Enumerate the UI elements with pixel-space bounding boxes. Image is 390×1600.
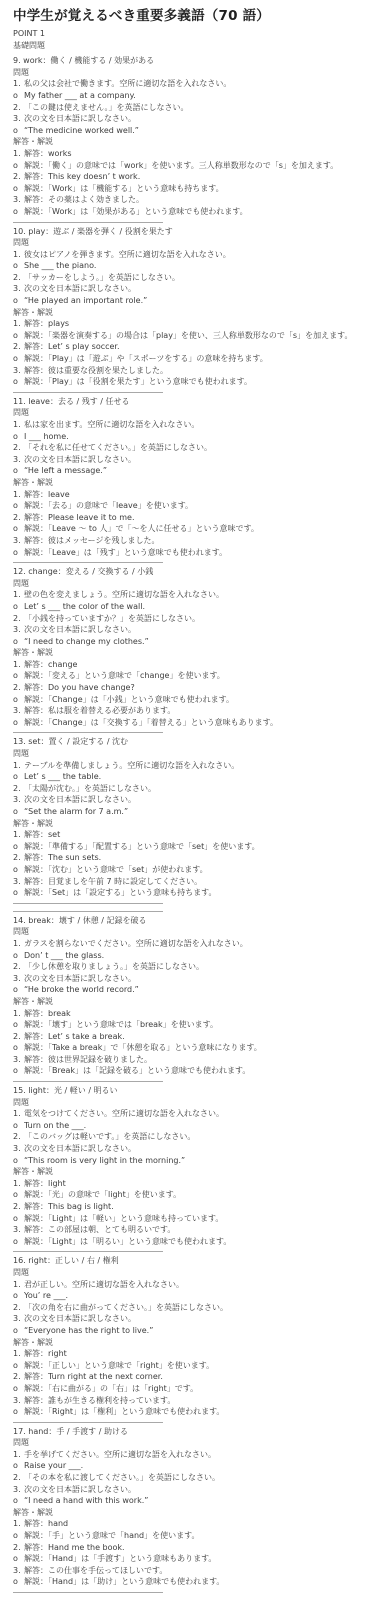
line-text: 解説：「Light」は「軽い」という意味も持っています。 — [24, 1213, 378, 1225]
level-label: 基礎問題 — [13, 40, 378, 52]
problem-line: 2.「少し休憩を取りましょう。」を英語にしなさい。 — [13, 961, 378, 973]
answer-line: 3.解答：その薬はよく効きました。 — [13, 194, 378, 206]
list-marker: o — [13, 1460, 24, 1472]
answer-line: 2.解答：Hand me the book. — [13, 1542, 378, 1554]
answer-line: o解説：「変える」という意味で「change」を使います。 — [13, 670, 378, 682]
line-text: 解答：彼は重要な役割を果たしました。 — [24, 365, 378, 377]
line-text: テーブルを準備しましょう。空所に適切な語を入れなさい。 — [24, 760, 378, 772]
list-marker: o — [13, 1065, 24, 1077]
line-text: My father ___ at a company. — [24, 90, 378, 102]
list-marker: o — [13, 431, 24, 443]
list-marker: o — [13, 1155, 24, 1167]
list-marker: o — [13, 1120, 24, 1132]
list-marker: o — [13, 260, 24, 272]
list-marker: 1. — [13, 1108, 24, 1120]
list-marker: o — [13, 183, 24, 195]
problem-line: 3.次の文を日本語に訳しなさい。 — [13, 624, 378, 636]
answer-line: 1.解答：right — [13, 1348, 378, 1360]
list-marker: o — [13, 90, 24, 102]
answer-line: 1.解答：works — [13, 148, 378, 160]
list-marker: 3. — [13, 454, 24, 466]
problem-line: o“I need a hand with this work.” — [13, 1495, 378, 1507]
line-text: 解説：「去る」の意味で「leave」を使います。 — [24, 500, 378, 512]
problems-label: 問題 — [13, 1437, 378, 1449]
line-text: 解説：「Work」は「機能する」という意味も持ちます。 — [24, 183, 378, 195]
line-text: 解説：「Hand」は「助け」という意味でも使われます。 — [24, 1576, 378, 1588]
line-text: ガラスを割らないでください。空所に適切な語を入れなさい。 — [24, 938, 378, 950]
section-divider — [13, 911, 163, 912]
answer-line: o解説：「手」という意味で「hand」を使います。 — [13, 1530, 378, 1542]
answer-line: o解説：「準備する」「配置する」という意味で「set」を使います。 — [13, 841, 378, 853]
list-marker: 3. — [13, 365, 24, 377]
section-divider — [13, 222, 163, 223]
word-section: 9. work：働く / 機能する / 効果がある問題1.私の父は会社で働きます… — [13, 55, 378, 222]
line-text: 解説：「楽器を演奏する」の場合は「play」を使い、三人称単数形なので「s」を加… — [24, 330, 378, 342]
answer-line: 3.解答：この仕事を手伝ってほしいです。 — [13, 1565, 378, 1577]
line-text: 解説：「Right」は「権利」という意味でも使われます。 — [24, 1406, 378, 1418]
list-marker: o — [13, 601, 24, 613]
answers-label: 解答・解説 — [13, 136, 378, 148]
answer-line: 2.解答：Let’ s play soccer. — [13, 341, 378, 353]
list-marker: 3. — [13, 705, 24, 717]
line-text: Raise your ___. — [24, 1460, 378, 1472]
answer-line: o解説：「Leave ～ to 人」で「～を人に任せる」という意味です。 — [13, 523, 378, 535]
list-marker: o — [13, 806, 24, 818]
line-text: 解答：この部屋は朝、とても明るいです。 — [24, 1224, 378, 1236]
answer-line: o解説：「働く」の意味では「work」を使います。三人称単数形なので「s」を加え… — [13, 160, 378, 172]
page-title: 中学生が覚えるべき重要多義語（70 語） — [13, 8, 378, 24]
answer-line: 3.解答：彼は重要な役割を果たしました。 — [13, 365, 378, 377]
list-marker: 2. — [13, 1371, 24, 1383]
line-text: 解説：「Light」は「明るい」という意味でも使われます。 — [24, 1236, 378, 1248]
answer-line: o解説：「Take a break」で「休憩を取る」という意味になります。 — [13, 1042, 378, 1054]
line-text: 解説：「Play」は「役割を果たす」という意味でも使われます。 — [24, 376, 378, 388]
line-text: “He broke the world record.” — [24, 984, 378, 996]
list-marker: 1. — [13, 489, 24, 501]
line-text: 解答：works — [24, 148, 378, 160]
line-text: 「サッカーをしよう。」を英語にしなさい。 — [24, 272, 378, 284]
list-marker: o — [13, 950, 24, 962]
line-text: Don’ t ___ the glass. — [24, 950, 378, 962]
list-marker: 3. — [13, 1395, 24, 1407]
line-text: “I need to change my clothes.” — [24, 636, 378, 648]
answer-line: o解説：「Play」は「遊ぶ」や「スポーツをする」の意味を持ちます。 — [13, 353, 378, 365]
section-heading: 15. light：光 / 軽い / 明るい — [13, 1085, 378, 1097]
line-text: 解答：set — [24, 829, 378, 841]
list-marker: 1. — [13, 1178, 24, 1190]
answer-line: 1.解答：set — [13, 829, 378, 841]
line-text: 壁の色を変えましょう。空所に適切な語を入れなさい。 — [24, 589, 378, 601]
line-text: 解答：hand — [24, 1518, 378, 1530]
answer-line: 1.解答：plays — [13, 318, 378, 330]
list-marker: o — [13, 523, 24, 535]
problems-label: 問題 — [13, 407, 378, 419]
list-marker: 1. — [13, 318, 24, 330]
list-marker: o — [13, 547, 24, 559]
problem-line: 1.君が正しい。空所に適切な語を入れなさい。 — [13, 1279, 378, 1291]
answer-line: o解説：「Change」は「小銭」という意味でも使われます。 — [13, 694, 378, 706]
answers-label: 解答・解説 — [13, 1166, 378, 1178]
list-marker: 1. — [13, 1279, 24, 1291]
answer-line: o解説：「Work」は「効果がある」という意味でも使われます。 — [13, 206, 378, 218]
list-marker: 1. — [13, 760, 24, 772]
problem-line: 2.「サッカーをしよう。」を英語にしなさい。 — [13, 272, 378, 284]
list-marker: 3. — [13, 1054, 24, 1066]
line-text: 電気をつけてください。空所に適切な語を入れなさい。 — [24, 1108, 378, 1120]
problem-line: o“He played an important role.” — [13, 295, 378, 307]
list-marker: 2. — [13, 512, 24, 524]
line-text: 解説：「Play」は「遊ぶ」や「スポーツをする」の意味を持ちます。 — [24, 353, 378, 365]
answer-line: 1.解答：leave — [13, 489, 378, 501]
line-text: 解答：Please leave it to me. — [24, 512, 378, 524]
list-marker: 1. — [13, 829, 24, 841]
problem-line: 2.「この鍵は使えません。」を英語にしなさい。 — [13, 102, 378, 114]
list-marker: 3. — [13, 1565, 24, 1577]
word-section: 14. break：壊す / 休憩 / 記録を破る問題1.ガラスを割らないでくだ… — [13, 915, 378, 1082]
line-text: 「少し休憩を取りましょう。」を英語にしなさい。 — [24, 961, 378, 973]
line-text: 解説：「右に曲がる」の「右」は「right」です。 — [24, 1383, 378, 1395]
line-text: 次の文を日本語に訳しなさい。 — [24, 973, 378, 985]
list-marker: 2. — [13, 171, 24, 183]
problem-line: 3.次の文を日本語に訳しなさい。 — [13, 794, 378, 806]
line-text: 私の父は会社で働きます。空所に適切な語を入れなさい。 — [24, 78, 378, 90]
line-text: 解答：彼はメッセージを残しました。 — [24, 535, 378, 547]
line-text: “I need a hand with this work.” — [24, 1495, 378, 1507]
line-text: “He played an important role.” — [24, 295, 378, 307]
answers-label: 解答・解説 — [13, 818, 378, 830]
line-text: 次の文を日本語に訳しなさい。 — [24, 454, 378, 466]
point-label: POINT 1 — [13, 28, 378, 40]
problems-label: 問題 — [13, 1267, 378, 1279]
line-text: 解答：Turn right at the next corner. — [24, 1371, 378, 1383]
answer-line: o解説：「正しい」という意味で「right」を使います。 — [13, 1360, 378, 1372]
list-marker: 2. — [13, 961, 24, 973]
line-text: You’ re ___. — [24, 1290, 378, 1302]
list-marker: 2. — [13, 1302, 24, 1314]
section-heading: 9. work：働く / 機能する / 効果がある — [13, 55, 378, 67]
problem-line: 3.次の文を日本語に訳しなさい。 — [13, 1143, 378, 1155]
section-heading: 16. right：正しい / 右 / 権利 — [13, 1255, 378, 1267]
problem-line: 1.私の父は会社で働きます。空所に適切な語を入れなさい。 — [13, 78, 378, 90]
list-marker: o — [13, 694, 24, 706]
section-heading: 14. break：壊す / 休憩 / 記録を破る — [13, 915, 378, 927]
answer-line: o解説：「Hand」は「手渡す」という意味もあります。 — [13, 1553, 378, 1565]
answer-line: o解説：「Break」は「記録を破る」という意味でも使われます。 — [13, 1065, 378, 1077]
list-marker: 1. — [13, 1008, 24, 1020]
line-text: 解答：change — [24, 659, 378, 671]
list-marker: o — [13, 771, 24, 783]
line-text: 解説：「Hand」は「手渡す」という意味もあります。 — [24, 1553, 378, 1565]
line-text: 次の文を日本語に訳しなさい。 — [24, 1313, 378, 1325]
answer-line: o解説：「Play」は「役割を果たす」という意味でも使われます。 — [13, 376, 378, 388]
list-marker: o — [13, 841, 24, 853]
answer-line: 1.解答：hand — [13, 1518, 378, 1530]
line-text: 「このバッグは軽いです。」を英語にしなさい。 — [24, 1131, 378, 1143]
list-marker: 3. — [13, 1224, 24, 1236]
list-marker: o — [13, 717, 24, 729]
line-text: Turn on the ___. — [24, 1120, 378, 1132]
problem-line: oMy father ___ at a company. — [13, 90, 378, 102]
problem-line: 1.彼女はピアノを弾きます。空所に適切な語を入れなさい。 — [13, 249, 378, 261]
list-marker: 1. — [13, 419, 24, 431]
list-marker: 3. — [13, 973, 24, 985]
line-text: 解答：彼は世界記録を破りました。 — [24, 1054, 378, 1066]
answer-line: 1.解答：break — [13, 1008, 378, 1020]
list-marker: o — [13, 1383, 24, 1395]
list-marker: o — [13, 1019, 24, 1031]
list-marker: 1. — [13, 938, 24, 950]
line-text: 解説：「働く」の意味では「work」を使います。三人称単数形なので「s」を加えま… — [24, 160, 378, 172]
problem-line: oYou’ re ___. — [13, 1290, 378, 1302]
answer-line: o解説：「去る」の意味で「leave」を使います。 — [13, 500, 378, 512]
line-text: 解説：「準備する」「配置する」という意味で「set」を使います。 — [24, 841, 378, 853]
list-marker: 3. — [13, 283, 24, 295]
list-marker: 2. — [13, 102, 24, 114]
problems-label: 問題 — [13, 578, 378, 590]
line-text: 解説：「Change」は「小銭」という意味でも使われます。 — [24, 694, 378, 706]
answers-label: 解答・解説 — [13, 1507, 378, 1519]
line-text: 解答：Do you have change? — [24, 682, 378, 694]
list-marker: 2. — [13, 1542, 24, 1554]
word-section: 13. set：置く / 設定する / 沈む問題1.テーブルを準備しましょう。空… — [13, 736, 378, 911]
answers-label: 解答・解説 — [13, 996, 378, 1008]
problem-line: o“The medicine worked well.” — [13, 125, 378, 137]
line-text: 解説：「光」の意味で「light」を使います。 — [24, 1189, 378, 1201]
section-divider — [13, 1592, 163, 1593]
list-marker: 1. — [13, 1518, 24, 1530]
line-text: I ___ home. — [24, 431, 378, 443]
answer-line: 3.解答：私は服を着替える必要があります。 — [13, 705, 378, 717]
line-text: 彼女はピアノを弾きます。空所に適切な語を入れなさい。 — [24, 249, 378, 261]
list-marker: 2. — [13, 1131, 24, 1143]
problem-line: 1.電気をつけてください。空所に適切な語を入れなさい。 — [13, 1108, 378, 1120]
answer-line: o解説：「Change」は「交換する」「着替える」という意味もあります。 — [13, 717, 378, 729]
list-marker: 3. — [13, 624, 24, 636]
line-text: 次の文を日本語に訳しなさい。 — [24, 794, 378, 806]
list-marker: o — [13, 1360, 24, 1372]
line-text: 手を挙げてください。空所に適切な語を入れなさい。 — [24, 1449, 378, 1461]
list-marker: o — [13, 1290, 24, 1302]
answer-line: 2.解答：Do you have change? — [13, 682, 378, 694]
section-divider — [13, 392, 163, 393]
problem-line: 1.テーブルを準備しましょう。空所に適切な語を入れなさい。 — [13, 760, 378, 772]
list-marker: 3. — [13, 794, 24, 806]
list-marker: o — [13, 1553, 24, 1565]
line-text: 次の文を日本語に訳しなさい。 — [24, 283, 378, 295]
list-marker: o — [13, 500, 24, 512]
line-text: “Set the alarm for 7 a.m.” — [24, 806, 378, 818]
line-text: 解説：「Leave」は「残す」という意味でも使われます。 — [24, 547, 378, 559]
answer-line: 3.解答：目覚ましを午前 7 時に設定してください。 — [13, 876, 378, 888]
problem-line: oRaise your ___. — [13, 1460, 378, 1472]
problem-line: o“This room is very light in the morning… — [13, 1155, 378, 1167]
problem-line: oLet’ s ___ the color of the wall. — [13, 601, 378, 613]
list-marker: o — [13, 125, 24, 137]
line-text: 次の文を日本語に訳しなさい。 — [24, 113, 378, 125]
line-text: She ___ the piano. — [24, 260, 378, 272]
line-text: 次の文を日本語に訳しなさい。 — [24, 624, 378, 636]
line-text: “This room is very light in the morning.… — [24, 1155, 378, 1167]
list-marker: o — [13, 1576, 24, 1588]
line-text: 解説：「Take a break」で「休憩を取る」という意味になります。 — [24, 1042, 378, 1054]
answer-line: 2.解答：Please leave it to me. — [13, 512, 378, 524]
problem-line: 3.次の文を日本語に訳しなさい。 — [13, 1313, 378, 1325]
line-text: 解答：目覚ましを午前 7 時に設定してください。 — [24, 876, 378, 888]
list-marker: o — [13, 1236, 24, 1248]
section-divider — [13, 1251, 163, 1252]
word-section: 10. play：遊ぶ / 楽器を弾く / 役割を果たす問題1.彼女はピアノを弾… — [13, 226, 378, 393]
line-text: 次の文を日本語に訳しなさい。 — [24, 1484, 378, 1496]
list-marker: o — [13, 1189, 24, 1201]
section-heading: 11. leave：去る / 残す / 任せる — [13, 396, 378, 408]
problem-line: 1.私は家を出ます。空所に適切な語を入れなさい。 — [13, 419, 378, 431]
problems-label: 問題 — [13, 67, 378, 79]
document-page: 中学生が覚えるべき重要多義語（70 語） POINT 1 基礎問題 9. wor… — [0, 0, 390, 1593]
answers-label: 解答・解説 — [13, 1337, 378, 1349]
answer-line: 2.解答：This bag is light. — [13, 1201, 378, 1213]
problem-line: 2.「小銭を持っていますか？」を英語にしなさい。 — [13, 613, 378, 625]
line-text: “The medicine worked well.” — [24, 125, 378, 137]
problem-line: oShe ___ the piano. — [13, 260, 378, 272]
answer-line: o解説：「光」の意味で「light」を使います。 — [13, 1189, 378, 1201]
line-text: 「次の角を右に曲がってください。」を英語にしなさい。 — [24, 1302, 378, 1314]
line-text: 解説：「手」という意味で「hand」を使います。 — [24, 1530, 378, 1542]
list-marker: 3. — [13, 1143, 24, 1155]
answers-label: 解答・解説 — [13, 647, 378, 659]
list-marker: 1. — [13, 1449, 24, 1461]
problem-line: oI ___ home. — [13, 431, 378, 443]
list-marker: 3. — [13, 113, 24, 125]
line-text: 解答：leave — [24, 489, 378, 501]
section-divider — [13, 903, 163, 904]
list-marker: 2. — [13, 1031, 24, 1043]
list-marker: 2. — [13, 783, 24, 795]
list-marker: 2. — [13, 682, 24, 694]
list-marker: 1. — [13, 659, 24, 671]
list-marker: o — [13, 465, 24, 477]
problems-label: 問題 — [13, 926, 378, 938]
line-text: 君が正しい。空所に適切な語を入れなさい。 — [24, 1279, 378, 1291]
answer-line: o解説：「右に曲がる」の「右」は「right」です。 — [13, 1383, 378, 1395]
line-text: 解答：私は服を着替える必要があります。 — [24, 705, 378, 717]
problem-line: o“I need to change my clothes.” — [13, 636, 378, 648]
answer-line: 3.解答：誰もが生きる権利を持っています。 — [13, 1395, 378, 1407]
line-text: 解答：plays — [24, 318, 378, 330]
line-text: 解説：「Leave ～ to 人」で「～を人に任せる」という意味です。 — [24, 523, 378, 535]
section-divider — [13, 732, 163, 733]
line-text: 解答：light — [24, 1178, 378, 1190]
line-text: 解説：「壊す」という意味では「break」を使います。 — [24, 1019, 378, 1031]
list-marker: o — [13, 1325, 24, 1337]
answer-line: o解説：「Leave」は「残す」という意味でも使われます。 — [13, 547, 378, 559]
answer-line: o解説：「Light」は「明るい」という意味でも使われます。 — [13, 1236, 378, 1248]
list-marker: 3. — [13, 876, 24, 888]
line-text: “He left a message.” — [24, 465, 378, 477]
line-text: 解答：その薬はよく効きました。 — [24, 194, 378, 206]
answer-line: o解説：「Set」は「設定する」という意味も持ちます。 — [13, 887, 378, 899]
list-marker: 1. — [13, 249, 24, 261]
line-text: 解説：「Set」は「設定する」という意味も持ちます。 — [24, 887, 378, 899]
word-section: 12. change：変える / 交換する / 小銭問題1.壁の色を変えましょう… — [13, 566, 378, 733]
line-text: 次の文を日本語に訳しなさい。 — [24, 1143, 378, 1155]
section-divider — [13, 1422, 163, 1423]
line-text: Let’ s ___ the color of the wall. — [24, 601, 378, 613]
list-marker: o — [13, 330, 24, 342]
section-heading: 13. set：置く / 設定する / 沈む — [13, 736, 378, 748]
list-marker: o — [13, 295, 24, 307]
line-text: 解答：This key doesn’ t work. — [24, 171, 378, 183]
answer-line: 2.解答：Let’ s take a break. — [13, 1031, 378, 1043]
problem-line: o“Set the alarm for 7 a.m.” — [13, 806, 378, 818]
line-text: 解答：break — [24, 1008, 378, 1020]
answers-label: 解答・解説 — [13, 477, 378, 489]
line-text: 「その本を私に渡してください。」を英語にしなさい。 — [24, 1472, 378, 1484]
problem-line: o“He left a message.” — [13, 465, 378, 477]
problem-line: oTurn on the ___. — [13, 1120, 378, 1132]
problems-label: 問題 — [13, 748, 378, 760]
line-text: 解説：「Break」は「記録を破る」という意味でも使われます。 — [24, 1065, 378, 1077]
line-text: “Everyone has the right to live.” — [24, 1325, 378, 1337]
list-marker: o — [13, 1213, 24, 1225]
list-marker: 3. — [13, 194, 24, 206]
list-marker: o — [13, 984, 24, 996]
line-text: 解説：「変える」という意味で「change」を使います。 — [24, 670, 378, 682]
list-marker: o — [13, 206, 24, 218]
problem-line: o“Everyone has the right to live.” — [13, 1325, 378, 1337]
problem-line: 3.次の文を日本語に訳しなさい。 — [13, 973, 378, 985]
list-marker: 3. — [13, 1484, 24, 1496]
problem-line: 3.次の文を日本語に訳しなさい。 — [13, 113, 378, 125]
answer-line: 3.解答：彼は世界記録を破りました。 — [13, 1054, 378, 1066]
word-section: 16. right：正しい / 右 / 権利問題1.君が正しい。空所に適切な語を… — [13, 1255, 378, 1422]
answer-line: 3.解答：この部屋は朝、とても明るいです。 — [13, 1224, 378, 1236]
sections-container: 9. work：働く / 機能する / 効果がある問題1.私の父は会社で働きます… — [13, 55, 378, 1593]
answer-line: 2.解答：This key doesn’ t work. — [13, 171, 378, 183]
line-text: 解答：誰もが生きる権利を持っています。 — [24, 1395, 378, 1407]
list-marker: o — [13, 864, 24, 876]
word-section: 17. hand：手 / 手渡す / 助ける問題1.手を挙げてください。空所に適… — [13, 1426, 378, 1593]
answer-line: o解説：「楽器を演奏する」の場合は「play」を使い、三人称単数形なので「s」を… — [13, 330, 378, 342]
line-text: 「それを私に任せてください。」を英語にしなさい。 — [24, 442, 378, 454]
answer-line: 2.解答：The sun sets. — [13, 852, 378, 864]
problem-line: 2.「次の角を右に曲がってください。」を英語にしなさい。 — [13, 1302, 378, 1314]
line-text: 解答：この仕事を手伝ってほしいです。 — [24, 1565, 378, 1577]
problem-line: 2.「太陽が沈む。」を英語にしなさい。 — [13, 783, 378, 795]
line-text: 解答：Hand me the book. — [24, 1542, 378, 1554]
list-marker: o — [13, 1042, 24, 1054]
problem-line: 1.壁の色を変えましょう。空所に適切な語を入れなさい。 — [13, 589, 378, 601]
answer-line: 2.解答：Turn right at the next corner. — [13, 1371, 378, 1383]
line-text: 解説：「Work」は「効果がある」という意味でも使われます。 — [24, 206, 378, 218]
list-marker: o — [13, 376, 24, 388]
list-marker: 2. — [13, 341, 24, 353]
section-divider — [13, 562, 163, 563]
answer-line: o解説：「Work」は「機能する」という意味も持ちます。 — [13, 183, 378, 195]
problem-line: 2.「それを私に任せてください。」を英語にしなさい。 — [13, 442, 378, 454]
line-text: 解説：「沈む」という意味で「set」が使われます。 — [24, 864, 378, 876]
answer-line: o解説：「Hand」は「助け」という意味でも使われます。 — [13, 1576, 378, 1588]
problem-line: 1.手を挙げてください。空所に適切な語を入れなさい。 — [13, 1449, 378, 1461]
list-marker: 2. — [13, 1201, 24, 1213]
problems-label: 問題 — [13, 1097, 378, 1109]
section-heading: 12. change：変える / 交換する / 小銭 — [13, 566, 378, 578]
line-text: Let’ s ___ the table. — [24, 771, 378, 783]
list-marker: o — [13, 887, 24, 899]
list-marker: 2. — [13, 1472, 24, 1484]
word-section: 15. light：光 / 軽い / 明るい問題1.電気をつけてください。空所に… — [13, 1085, 378, 1252]
problem-line: 2.「このバッグは軽いです。」を英語にしなさい。 — [13, 1131, 378, 1143]
line-text: 解説：「正しい」という意味で「right」を使います。 — [24, 1360, 378, 1372]
